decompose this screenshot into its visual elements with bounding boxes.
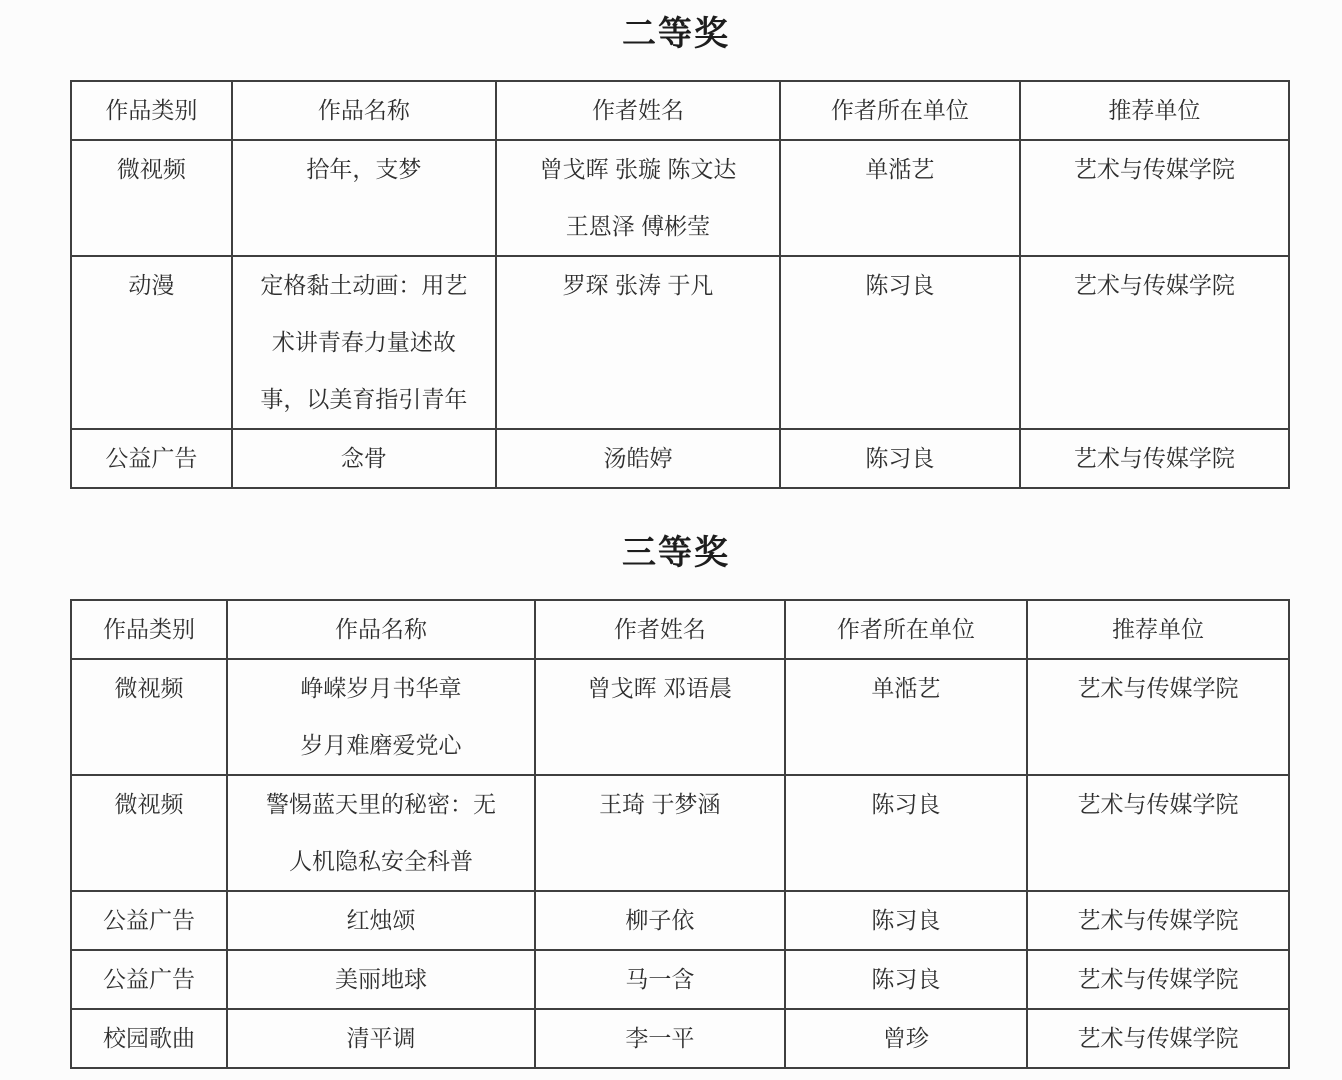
table-row: 动漫定格黏土动画：用艺 术讲青春力量述故 事，以美育指引青年罗琛 张涛 于凡陈习…	[71, 256, 1289, 429]
table-body: 微视频拾年，支梦曾戈晖 张璇 陈文达 王恩泽 傅彬莹单湉艺艺术与传媒学院动漫定格…	[71, 140, 1289, 488]
table-cell: 罗琛 张涛 于凡	[496, 256, 780, 429]
table-cell: 陈习良	[780, 256, 1020, 429]
table-cell: 陈习良	[785, 891, 1027, 950]
table-cell: 艺术与传媒学院	[1027, 775, 1289, 891]
column-header: 作品类别	[71, 600, 227, 659]
table-cell: 汤皓婷	[496, 429, 780, 488]
table-cell: 陈习良	[780, 429, 1020, 488]
table-cell: 艺术与传媒学院	[1027, 950, 1289, 1009]
table-cell: 陈习良	[785, 775, 1027, 891]
third-prize-table: 作品类别作品名称作者姓名作者所在单位推荐单位 微视频峥嵘岁月书华章 岁月难磨爱党…	[70, 599, 1290, 1069]
table-row: 公益广告美丽地球马一含陈习良艺术与传媒学院	[71, 950, 1289, 1009]
column-header: 作者姓名	[535, 600, 785, 659]
column-header: 作品名称	[232, 81, 496, 140]
table-cell: 曾戈晖 邓语晨	[535, 659, 785, 775]
header-row: 作品类别作品名称作者姓名作者所在单位推荐单位	[71, 81, 1289, 140]
header-row: 作品类别作品名称作者姓名作者所在单位推荐单位	[71, 600, 1289, 659]
table-cell: 美丽地球	[227, 950, 535, 1009]
table-body: 微视频峥嵘岁月书华章 岁月难磨爱党心曾戈晖 邓语晨单湉艺艺术与传媒学院微视频警惕…	[71, 659, 1289, 1068]
table-cell: 公益广告	[71, 950, 227, 1009]
table-cell: 校园歌曲	[71, 1009, 227, 1068]
table-cell: 念骨	[232, 429, 496, 488]
table-cell: 动漫	[71, 256, 232, 429]
second-prize-title: 二等奖	[66, 16, 1286, 52]
table-cell: 李一平	[535, 1009, 785, 1068]
table-row: 微视频警惕蓝天里的秘密：无 人机隐私安全科普王琦 于梦涵陈习良艺术与传媒学院	[71, 775, 1289, 891]
table-cell: 艺术与传媒学院	[1020, 140, 1289, 256]
table-cell: 峥嵘岁月书华章 岁月难磨爱党心	[227, 659, 535, 775]
table-cell: 微视频	[71, 659, 227, 775]
table-cell: 曾珍	[785, 1009, 1027, 1068]
column-header: 作者所在单位	[780, 81, 1020, 140]
table-cell: 单湉艺	[780, 140, 1020, 256]
table-cell: 艺术与传媒学院	[1020, 256, 1289, 429]
table-cell: 曾戈晖 张璇 陈文达 王恩泽 傅彬莹	[496, 140, 780, 256]
table-row: 校园歌曲清平调李一平曾珍艺术与传媒学院	[71, 1009, 1289, 1068]
column-header: 作者所在单位	[785, 600, 1027, 659]
table-cell: 艺术与传媒学院	[1020, 429, 1289, 488]
table-cell: 警惕蓝天里的秘密：无 人机隐私安全科普	[227, 775, 535, 891]
table-cell: 艺术与传媒学院	[1027, 1009, 1289, 1068]
table-cell: 艺术与传媒学院	[1027, 891, 1289, 950]
table-cell: 微视频	[71, 140, 232, 256]
table-cell: 单湉艺	[785, 659, 1027, 775]
table-cell: 陈习良	[785, 950, 1027, 1009]
third-prize-title: 三等奖	[66, 535, 1286, 571]
column-header: 推荐单位	[1020, 81, 1289, 140]
table-row: 微视频拾年，支梦曾戈晖 张璇 陈文达 王恩泽 傅彬莹单湉艺艺术与传媒学院	[71, 140, 1289, 256]
table-cell: 公益广告	[71, 429, 232, 488]
table-header: 作品类别作品名称作者姓名作者所在单位推荐单位	[71, 81, 1289, 140]
table-header: 作品类别作品名称作者姓名作者所在单位推荐单位	[71, 600, 1289, 659]
column-header: 作品名称	[227, 600, 535, 659]
table-cell: 微视频	[71, 775, 227, 891]
document-page: 二等奖 作品类别作品名称作者姓名作者所在单位推荐单位 微视频拾年，支梦曾戈晖 张…	[0, 0, 1342, 1080]
table-row: 公益广告红烛颂柳子依陈习良艺术与传媒学院	[71, 891, 1289, 950]
table-cell: 拾年，支梦	[232, 140, 496, 256]
table-cell: 柳子依	[535, 891, 785, 950]
column-header: 作品类别	[71, 81, 232, 140]
column-header: 作者姓名	[496, 81, 780, 140]
table-row: 公益广告念骨汤皓婷陈习良艺术与传媒学院	[71, 429, 1289, 488]
table-row: 微视频峥嵘岁月书华章 岁月难磨爱党心曾戈晖 邓语晨单湉艺艺术与传媒学院	[71, 659, 1289, 775]
table-cell: 艺术与传媒学院	[1027, 659, 1289, 775]
column-header: 推荐单位	[1027, 600, 1289, 659]
table-cell: 马一含	[535, 950, 785, 1009]
table-cell: 公益广告	[71, 891, 227, 950]
table-cell: 红烛颂	[227, 891, 535, 950]
table-cell: 定格黏土动画：用艺 术讲青春力量述故 事，以美育指引青年	[232, 256, 496, 429]
table-cell: 清平调	[227, 1009, 535, 1068]
table-cell: 王琦 于梦涵	[535, 775, 785, 891]
second-prize-table: 作品类别作品名称作者姓名作者所在单位推荐单位 微视频拾年，支梦曾戈晖 张璇 陈文…	[70, 80, 1290, 489]
